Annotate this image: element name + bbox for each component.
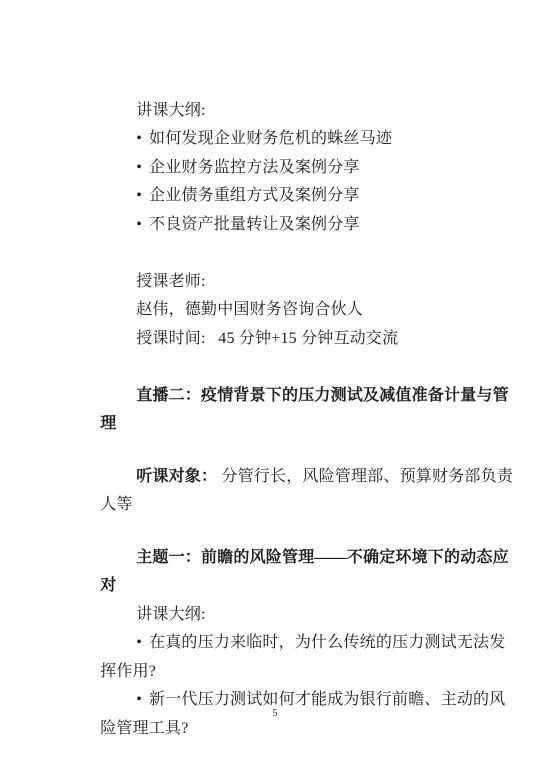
outline-heading-2-label: 讲课大纲: (136, 606, 205, 623)
live2-title-line1: 直播二：疫情背景下的压力测试及减值准备计量与管 (136, 387, 509, 404)
schedule-text: 授课时间: 45 分钟+15 分钟互动交流 (136, 330, 398, 347)
bullet-dot-icon: • (136, 130, 149, 147)
audience-text-line2: 人等 (100, 496, 132, 513)
teacher-name-text: 赵伟，德勤中国财务咨询合伙人 (136, 301, 363, 318)
bullet-dot-icon: • (136, 187, 149, 204)
outline-heading-1: 讲课大纲: (75, 68, 505, 97)
topic1-title: 主题一：前瞻的风险管理——不确定环境下的动态应 (75, 515, 505, 544)
bullet-dot-icon: • (136, 691, 149, 708)
bullet-dot-icon: • (136, 159, 149, 176)
question-bullet-1-line1: 在真的压力来临时，为什么传统的压力测试无法发 (149, 634, 505, 651)
document-content: 讲课大纲: •如何发现企业财务危机的蛛丝马迹 •企业财务监控方法及案例分享 •企… (75, 68, 505, 715)
bullet-item-3-text: 企业债务重组方式及案例分享 (149, 187, 360, 204)
bullet-item-4-text: 不良资产批量转让及案例分享 (149, 216, 360, 233)
live2-title: 直播二：疫情背景下的压力测试及减值准备计量与管 (75, 353, 505, 382)
live2-title-line2: 理 (100, 415, 116, 432)
question-bullet-1-line2: 挥作用? (100, 663, 156, 680)
bullet-dot-icon: • (136, 216, 149, 233)
teacher-heading: 授课老师: (75, 239, 505, 268)
audience-text-line1: 分管行长，风险管理部、预算财务部负责 (217, 468, 513, 485)
audience-label: 听课对象： (136, 468, 217, 485)
topic1-title-line1: 主题一：前瞻的风险管理——不确定环境下的动态应 (136, 549, 509, 566)
page-number: 5 (0, 708, 550, 719)
document-page: 讲课大纲: •如何发现企业财务危机的蛛丝马迹 •企业财务监控方法及案例分享 •企… (0, 0, 550, 777)
question-bullet-2-line2: 险管理工具? (100, 720, 188, 737)
topic1-title-line2: 对 (100, 577, 116, 594)
bullet-dot-icon: • (136, 634, 149, 651)
teacher-heading-label: 授课老师: (136, 273, 205, 290)
bullet-item-1-text: 如何发现企业财务危机的蛛丝马迹 (149, 130, 392, 147)
audience-line: 听课对象： 分管行长，风险管理部、预算财务部负责 (75, 434, 505, 463)
question-bullet-2-line1: 新一代压力测试如何才能成为银行前瞻、主动的风 (149, 691, 505, 708)
outline-heading-2: 讲课大纲: (75, 572, 505, 601)
bullet-item-2-text: 企业财务监控方法及案例分享 (149, 159, 360, 176)
outline-heading-1-label: 讲课大纲: (136, 102, 205, 119)
